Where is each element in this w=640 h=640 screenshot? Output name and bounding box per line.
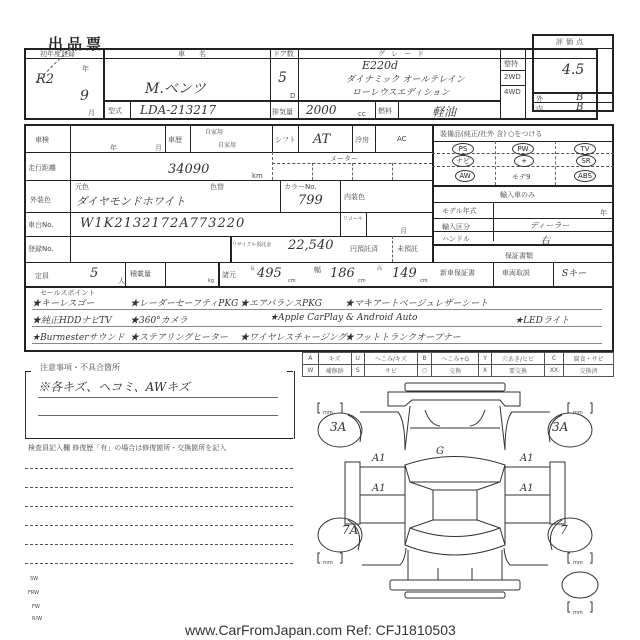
mark-right-rear-door: A1 — [520, 483, 534, 494]
height: 149 — [392, 266, 417, 281]
legend-cell: キズ — [318, 353, 351, 365]
watermark: www.CarFromJapan.com Ref: CFJ1810503 — [185, 622, 456, 638]
equip-pw: PW — [512, 143, 534, 155]
sales-point: ★Burmesterサウンド — [32, 330, 125, 343]
equip-ps: PS — [452, 143, 474, 155]
grade-line-2: ダイナミック オールテレイン — [346, 72, 465, 85]
import-type: ディーラー — [530, 220, 569, 231]
sales-point: ★エアバランスPKG — [240, 296, 322, 309]
mark-front-left-tire: 3A — [330, 420, 346, 434]
grade-line-3: ローレウスエディション — [352, 85, 450, 98]
sales-point: ★LEDライト — [515, 313, 570, 326]
equip-tv: TV — [574, 143, 596, 155]
reg-month: 9 — [80, 88, 89, 104]
mark-right-front-door: A1 — [520, 453, 534, 464]
car-name-label: 車名 — [178, 49, 220, 59]
sales-point: ★純正HDDナビTV — [32, 313, 112, 326]
equip-sr: SR — [576, 155, 596, 167]
mark-front-right-tire: 3A — [552, 420, 568, 434]
equipment-title: 装備品(純正/社外 含) ○をつける — [440, 129, 542, 139]
legend-cell: Y — [479, 353, 492, 365]
legend-cell: へこみ+G — [432, 353, 479, 365]
mark-left-front-door: A1 — [372, 453, 386, 464]
legend-cell: C — [544, 353, 563, 365]
ac-value: AC — [397, 135, 407, 143]
equip-abs: ABS — [574, 170, 596, 182]
sales-point: ★Apple CarPlay & Android Auto — [270, 313, 417, 323]
reg-year-label: 初年度登録 — [40, 49, 75, 59]
color-no: 799 — [298, 193, 323, 208]
recycle-fee: 22,540 — [288, 238, 334, 253]
score-value: 4.5 — [562, 62, 584, 78]
chassis-no: W1K2132172A773220 — [80, 216, 245, 231]
equip-aw: AW — [455, 170, 475, 182]
legend-cell: 腐食・サビ — [563, 353, 613, 365]
width: 186 — [330, 266, 355, 281]
mark-rear-right-tire: 7 — [560, 523, 568, 537]
fuel: 軽油 — [432, 103, 456, 120]
grade-line-1: E220d — [362, 59, 398, 72]
sales-point: ★マキアートベージュレザーシート — [345, 296, 488, 309]
car-diagram — [300, 370, 640, 640]
displacement: 2000 — [306, 103, 337, 117]
equip-plus: + — [514, 155, 534, 167]
sales-point: ★フットトランクオープナー — [345, 330, 461, 343]
sales-point: ★レーダーセーフティPKG — [130, 296, 238, 309]
mark-windshield: G — [436, 446, 444, 457]
sales-point: ★ステアリングヒーター — [130, 330, 228, 343]
sales-point: ★キーレスゴー — [32, 296, 95, 309]
spare-key: Sキー — [562, 266, 586, 279]
capacity: 5 — [90, 266, 98, 281]
legend-cell: A — [303, 353, 319, 365]
mark-rear-left-tire: 7A — [342, 523, 358, 537]
car-name: M.ベンツ — [145, 78, 206, 98]
doors: 5 — [278, 70, 287, 86]
legend-cell: U — [351, 353, 364, 365]
model-code: LDA-213217 — [140, 103, 216, 117]
shift: AT — [313, 132, 330, 147]
sales-point: ★360°カメラ — [130, 313, 188, 326]
interior-grade: B — [576, 102, 583, 113]
legend-cell: 穴あき/ヒビ — [492, 353, 545, 365]
exterior-color: ダイヤモンドホワイト — [76, 193, 185, 209]
mileage: 34090 — [168, 162, 209, 177]
length: 495 — [257, 266, 282, 281]
grade-label: グレード — [378, 49, 430, 59]
mark-left-rear-door: A1 — [372, 483, 386, 494]
equip-model: モデ9 — [512, 172, 530, 182]
sales-point: ★ワイヤレスチャージング — [240, 330, 346, 343]
equip-navi: ナビ — [452, 155, 474, 167]
notes-text: ※各キズ、ヘコミ、AWキズ — [38, 378, 190, 395]
legend-cell: へこみ/キズ — [364, 353, 417, 365]
legend-cell: B — [417, 353, 432, 365]
